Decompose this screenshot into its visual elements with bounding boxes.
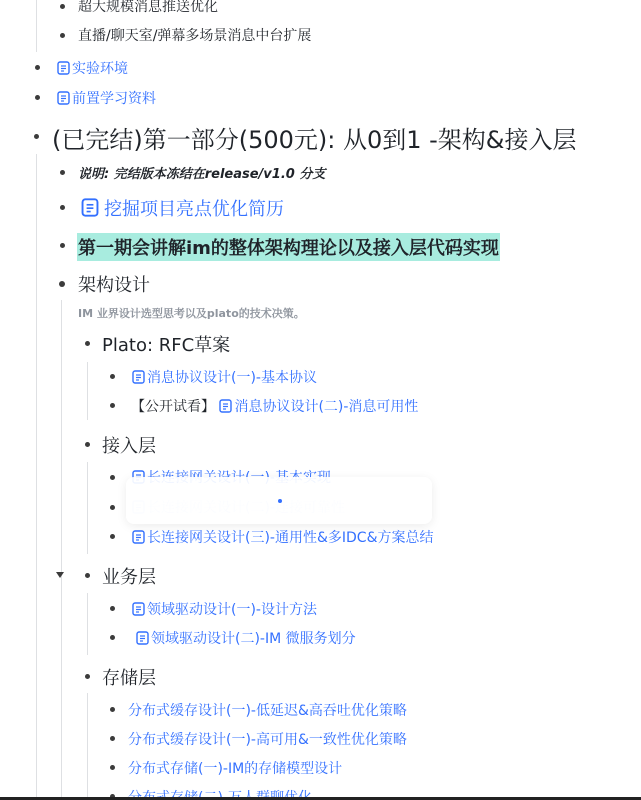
- list-item: 直播/聊天室/弹幕多场景消息中台扩展: [78, 25, 311, 45]
- indent-guide: [87, 693, 88, 797]
- group-heading-storage-layer: 存储层: [102, 664, 156, 690]
- link-label: 消息协议设计(二)-消息可用性: [234, 399, 418, 415]
- bullet: [85, 674, 90, 679]
- link-label: 前置学习资料: [72, 91, 156, 107]
- link-label: 消息协议设计(一)-基本协议: [147, 370, 317, 386]
- indent-guide: [36, 154, 37, 797]
- bullet: [110, 475, 115, 480]
- bullet: [110, 765, 115, 770]
- bullet: [35, 95, 40, 100]
- link-protocol-design-1[interactable]: 消息协议设计(一)-基本协议: [132, 367, 317, 387]
- collapse-toggle-icon[interactable]: [56, 572, 64, 578]
- list-item: 超大规模消息推送优化: [78, 0, 218, 16]
- doc-icon: [81, 198, 99, 217]
- link-label: 领域驱动设计(二)-IM 微服务划分: [151, 631, 356, 647]
- bullet: [110, 635, 115, 640]
- doc-icon: [136, 631, 149, 645]
- bullet: [60, 170, 65, 175]
- branch-note: 说明: 完结版本冻结在release/v1.0 分支: [78, 163, 325, 182]
- list-item-protocol-design-2: 【公开试看】 消息协议设计(二)-消息可用性: [131, 396, 418, 416]
- doc-icon: [132, 370, 145, 384]
- indent-guide: [87, 593, 88, 655]
- bullet: [85, 341, 90, 346]
- link-lab-environment[interactable]: 实验环境: [57, 58, 128, 78]
- bullet: [110, 606, 115, 611]
- indent-guide: [87, 362, 88, 420]
- section-heading: (已完结)第一部分(500元): 从0到1 -架构&接入层: [52, 120, 577, 155]
- link-cache-design-2[interactable]: 分布式缓存设计(一)-高可用&一致性优化策略: [128, 729, 407, 749]
- doc-icon: [219, 399, 232, 413]
- link-gateway-design-3[interactable]: 长连接网关设计(三)-通用性&多IDC&方案总结: [132, 527, 434, 547]
- link-ddd-2[interactable]: 领域驱动设计(二)-IM 微服务划分: [136, 628, 356, 648]
- indent-guide: [61, 300, 62, 797]
- bullet: [35, 65, 40, 70]
- link-label: 实验环境: [72, 61, 128, 77]
- doc-icon: [132, 530, 145, 544]
- link-label: 长连接网关设计(三)-通用性&多IDC&方案总结: [147, 530, 434, 546]
- highlighted-summary: 第一期会讲解im的整体架构理论以及接入层代码实现: [77, 233, 500, 261]
- bullet: [60, 243, 65, 248]
- doc-icon: [57, 91, 70, 105]
- link-ddd-1[interactable]: 领域驱动设计(一)-设计方法: [132, 599, 317, 619]
- doc-icon: [132, 602, 145, 616]
- public-preview-tag: 【公开试看】: [131, 399, 215, 415]
- link-storage-design-1[interactable]: 分布式存储(一)-IM的存储模型设计: [128, 758, 342, 778]
- link-protocol-design-2[interactable]: 消息协议设计(二)-消息可用性: [219, 399, 418, 415]
- bullet: [110, 534, 115, 539]
- indent-guide: [87, 462, 88, 554]
- bullet: [85, 573, 90, 578]
- link-label: 挖掘项目亮点优化简历: [104, 199, 284, 220]
- architecture-heading: 架构设计: [78, 271, 150, 297]
- link-prerequisite-materials[interactable]: 前置学习资料: [57, 88, 156, 108]
- bullet: [60, 4, 65, 9]
- doc-icon: [57, 61, 70, 75]
- group-heading-plato: Plato: RFC草案: [102, 331, 230, 357]
- bullet: [110, 736, 115, 741]
- link-cache-design-1[interactable]: 分布式缓存设计(一)-低延迟&高吞吐优化策略: [128, 700, 407, 720]
- loading-indicator-icon: [278, 499, 282, 503]
- bullet: [60, 33, 65, 38]
- loading-popup: [126, 477, 432, 524]
- bullet: [110, 374, 115, 379]
- group-heading-business-layer: 业务层: [102, 563, 156, 589]
- group-heading-access-layer: 接入层: [102, 432, 156, 458]
- bullet: [110, 403, 115, 408]
- bullet: [59, 281, 65, 287]
- architecture-description: IM 业界设计选型思考以及plato的技术决策。: [78, 305, 305, 321]
- bullet: [110, 505, 115, 510]
- bullet: [110, 707, 115, 712]
- link-resume-highlights[interactable]: 挖掘项目亮点优化简历: [81, 195, 284, 221]
- bullet: [60, 205, 65, 210]
- indent-guide: [36, 0, 37, 52]
- bullet: [34, 134, 39, 139]
- link-label: 领域驱动设计(一)-设计方法: [147, 602, 317, 618]
- bullet: [85, 442, 90, 447]
